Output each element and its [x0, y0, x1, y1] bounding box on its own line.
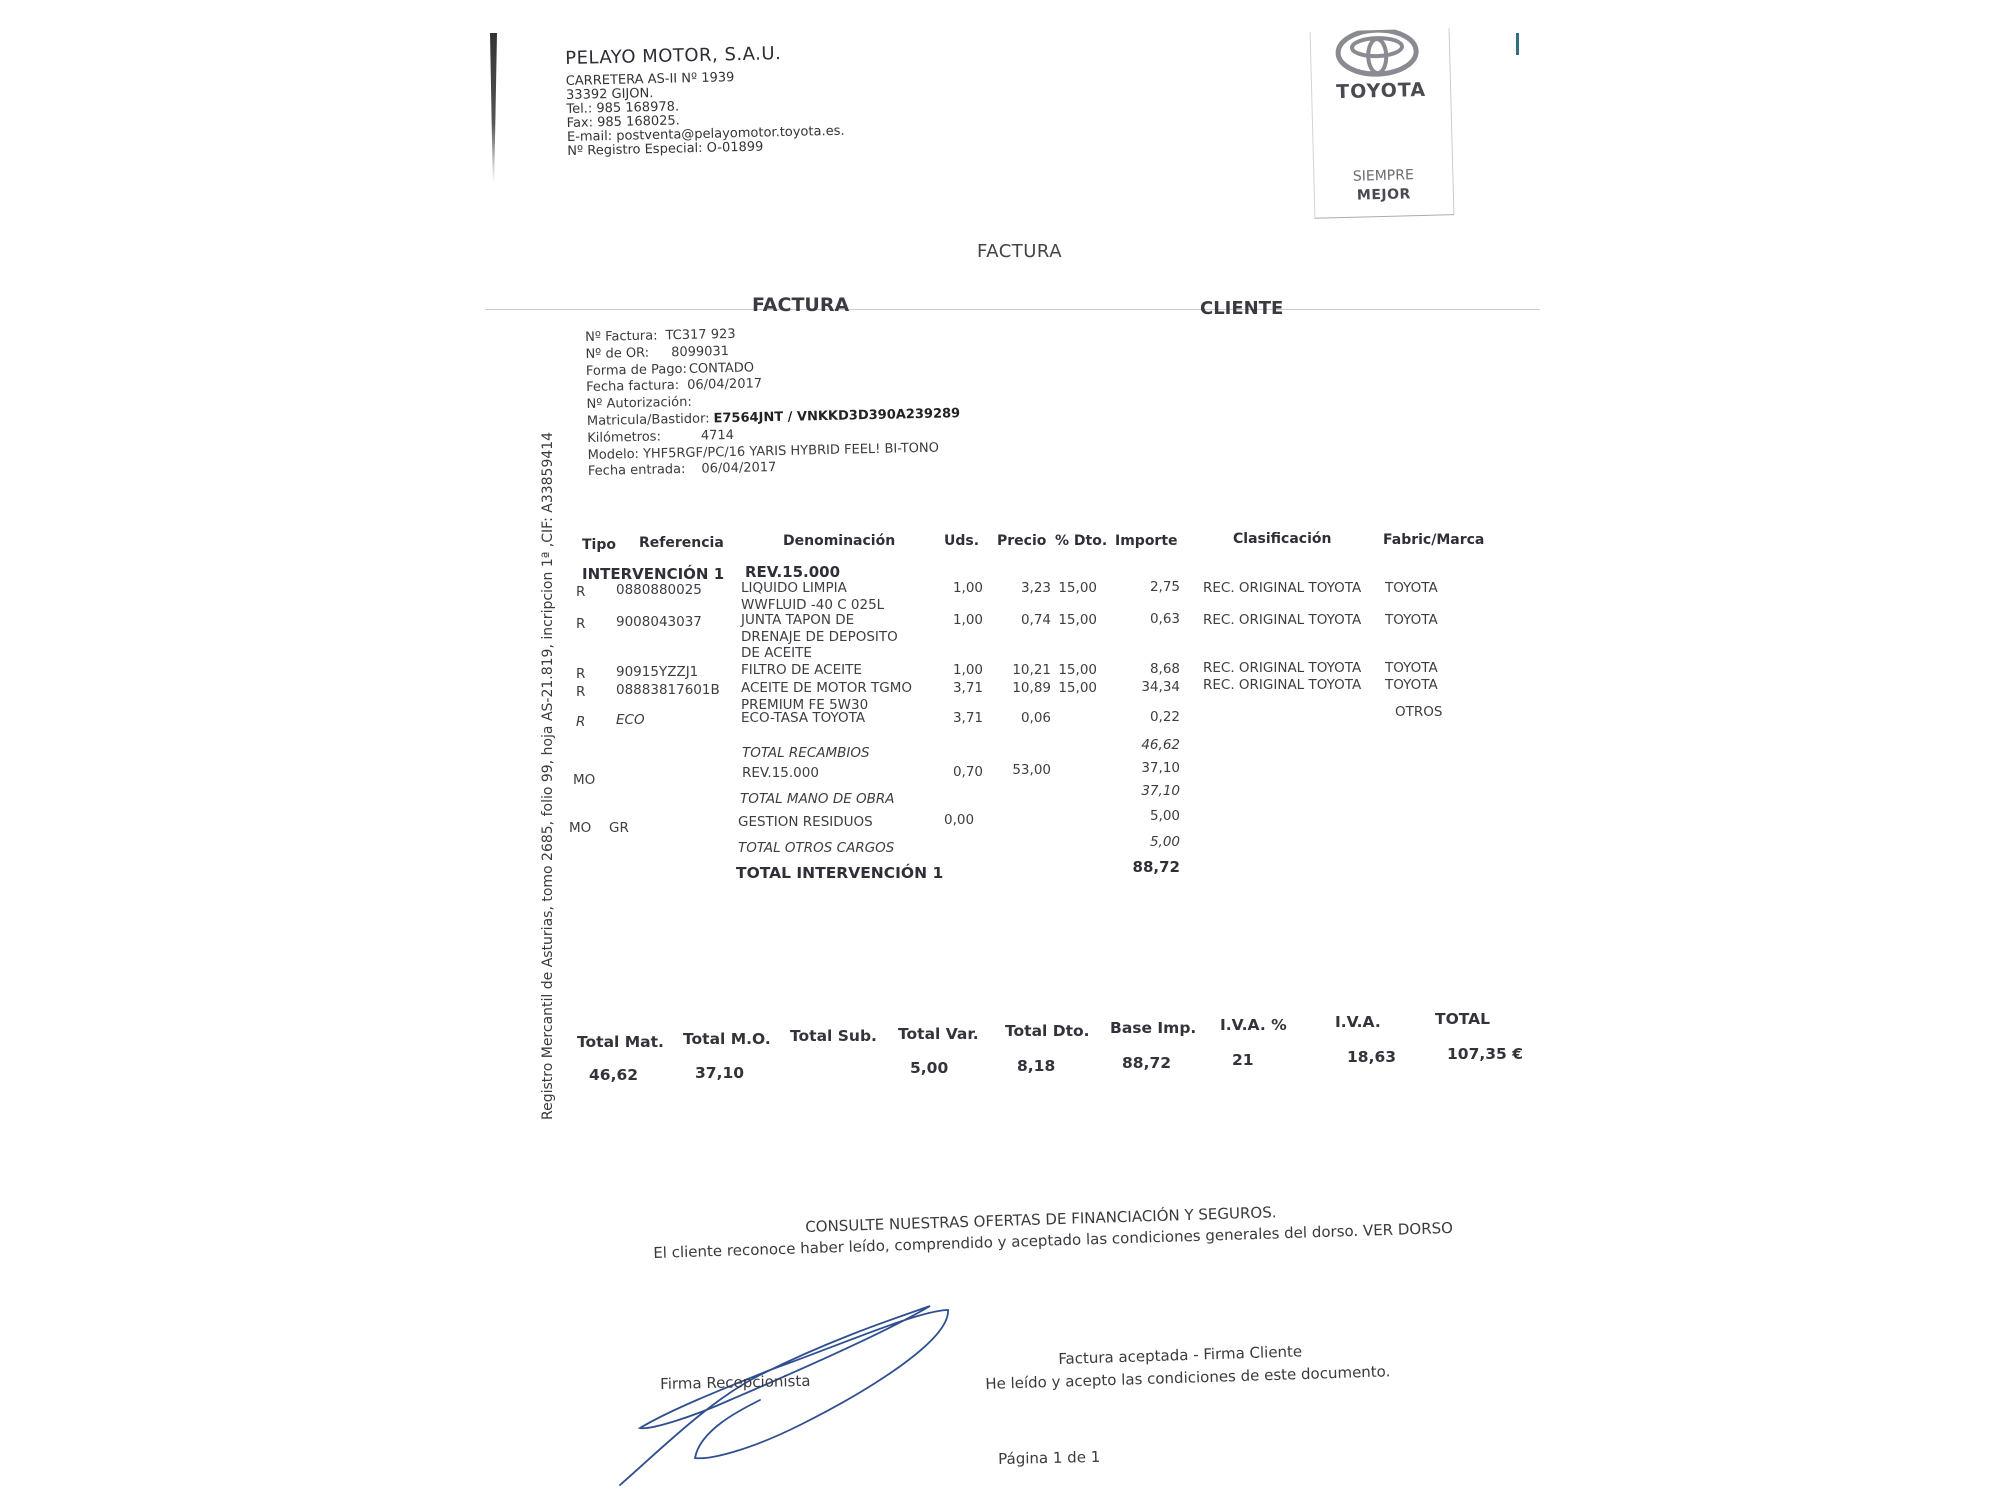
col-header-marca: Fabric/Marca — [1383, 532, 1484, 548]
row-denominacion: WWFLUID -40 C 025L — [741, 597, 884, 613]
row-fabric-marca: OTROS — [1395, 704, 1442, 720]
row-precio: 0,74 — [995, 612, 1051, 628]
section-cliente-heading: CLIENTE — [1200, 298, 1283, 319]
row-referencia: ECO — [616, 712, 645, 728]
row-tipo: R — [576, 684, 585, 700]
scan-edge-mark — [490, 33, 497, 183]
registry-text: Registro Mercantil de Asturias, tomo 268… — [540, 432, 556, 1120]
subtotal-mano-obra-label: TOTAL MANO DE OBRA — [740, 791, 895, 807]
totals-value: 5,00 — [910, 1059, 948, 1077]
row-precio: 0,06 — [995, 710, 1051, 726]
section-factura-heading: FACTURA — [752, 294, 849, 316]
row-tipo: R — [576, 584, 585, 600]
totals-label: Total Sub. — [790, 1027, 877, 1045]
row-denominacion: LIQUIDO LIMPIA — [741, 580, 847, 596]
col-header-precio: Precio — [997, 533, 1046, 549]
other-uds: 0,00 — [944, 812, 974, 828]
totals-label: I.V.A. % — [1220, 1016, 1287, 1034]
row-clasificacion: REC. ORIGINAL TOYOTA — [1203, 580, 1361, 596]
totals-label: Total Mat. — [577, 1033, 664, 1051]
totals-value: 107,35 € — [1447, 1045, 1523, 1063]
totals-value: 37,10 — [695, 1064, 744, 1082]
other-tipo: MO — [569, 820, 591, 836]
row-precio: 10,21 — [995, 662, 1051, 678]
col-header-denominacion: Denominación — [783, 533, 895, 549]
labor-precio: 53,00 — [995, 762, 1051, 778]
totals-label: Total Var. — [898, 1025, 979, 1043]
row-fabric-marca: TOYOTA — [1385, 612, 1438, 628]
invoice-meta: Nº Factura:TC317 923 Nº de OR:8099031 Fo… — [585, 322, 961, 481]
row-referencia: 9008043037 — [616, 614, 702, 630]
total-intervencion-value: 88,72 — [1120, 858, 1180, 876]
section-divider — [485, 309, 1540, 310]
row-clasificacion: REC. ORIGINAL TOYOTA — [1203, 677, 1361, 693]
row-referencia: 90915YZZJ1 — [616, 664, 698, 680]
subtotal-otros-value: 5,00 — [1120, 834, 1180, 850]
page-number: Página 1 de 1 — [998, 1448, 1100, 1468]
firma-recepcionista-label: Firma Recepcionista — [660, 1372, 811, 1393]
subtotal-recambios-label: TOTAL RECAMBIOS — [742, 745, 870, 761]
col-header-clasificacion: Clasificación — [1233, 531, 1331, 547]
row-uds: 3,71 — [935, 680, 983, 696]
slogan-line-2: MEJOR — [1315, 185, 1453, 205]
col-header-referencia: Referencia — [639, 535, 724, 551]
row-referencia: 08883817601B — [616, 682, 720, 698]
company-header: PELAYO MOTOR, S.A.U. CARRETERA AS-II Nº … — [565, 42, 845, 159]
row-importe: 8,68 — [1120, 661, 1180, 677]
row-uds: 3,71 — [935, 710, 983, 726]
row-importe: 0,22 — [1120, 709, 1180, 725]
row-dto: 15,00 — [1045, 612, 1097, 628]
col-header-uds: Uds. — [944, 533, 979, 549]
row-precio: 3,23 — [995, 580, 1051, 596]
labor-denominacion: REV.15.000 — [742, 765, 819, 781]
other-importe: 5,00 — [1120, 808, 1180, 824]
subtotal-recambios-value: 46,62 — [1120, 737, 1180, 753]
col-header-tipo: Tipo — [582, 537, 616, 553]
row-tipo: R — [576, 714, 585, 730]
row-denominacion: ACEITE DE MOTOR TGMO — [741, 680, 912, 696]
invoice-page: PELAYO MOTOR, S.A.U. CARRETERA AS-II Nº … — [0, 0, 2000, 1500]
row-tipo: R — [576, 616, 585, 632]
labor-tipo: MO — [573, 772, 595, 788]
row-fabric-marca: TOYOTA — [1385, 660, 1438, 676]
row-dto: 15,00 — [1045, 662, 1097, 678]
totals-value: 46,62 — [589, 1066, 638, 1084]
row-fabric-marca: TOYOTA — [1385, 677, 1438, 693]
intervention-label: INTERVENCIÓN 1 — [582, 565, 724, 583]
row-importe: 0,63 — [1120, 611, 1180, 627]
row-uds: 1,00 — [935, 612, 983, 628]
row-importe: 2,75 — [1120, 579, 1180, 595]
totals-label: I.V.A. — [1335, 1013, 1381, 1031]
toyota-logo-icon — [1335, 29, 1420, 81]
acceptance-statement: He leído y acepto las condiciones de est… — [985, 1362, 1391, 1393]
totals-value: 18,63 — [1347, 1048, 1396, 1066]
row-denominacion: FILTRO DE ACEITE — [741, 662, 862, 678]
totals-label: TOTAL — [1435, 1010, 1490, 1028]
col-header-importe: Importe — [1115, 533, 1178, 549]
toyota-badge: TOYOTA SIEMPRE MEJOR — [1310, 28, 1455, 219]
slogan-line-1: SIEMPRE — [1314, 166, 1452, 186]
row-denominacion: DRENAJE DE DEPOSITO — [741, 629, 898, 645]
row-clasificacion: REC. ORIGINAL TOYOTA — [1203, 612, 1361, 628]
row-uds: 1,00 — [935, 662, 983, 678]
subtotal-otros-label: TOTAL OTROS CARGOS — [738, 840, 894, 856]
row-denominacion: DE ACEITE — [741, 645, 812, 661]
intervention-name: REV.15.000 — [745, 563, 840, 581]
row-tipo: R — [576, 666, 585, 682]
row-dto: 15,00 — [1045, 580, 1097, 596]
row-clasificacion: REC. ORIGINAL TOYOTA — [1203, 660, 1361, 676]
total-intervencion-label: TOTAL INTERVENCIÓN 1 — [736, 864, 943, 882]
toyota-wordmark: TOYOTA — [1312, 78, 1451, 104]
totals-label: Total Dto. — [1005, 1022, 1090, 1040]
totals-label: Base Imp. — [1110, 1019, 1196, 1037]
totals-value: 8,18 — [1017, 1057, 1055, 1075]
other-denominacion: GESTION RESIDUOS — [738, 814, 873, 830]
row-importe: 34,34 — [1120, 679, 1180, 695]
row-dto: 15,00 — [1045, 680, 1097, 696]
col-header-dto: % Dto. — [1055, 533, 1107, 549]
company-name: PELAYO MOTOR, S.A.U. — [565, 42, 843, 69]
scan-edge-mark-right — [1516, 33, 1519, 55]
row-referencia: 0880880025 — [616, 582, 702, 598]
row-uds: 1,00 — [935, 580, 983, 596]
totals-value: 21 — [1232, 1051, 1254, 1069]
firma-cliente-label: Factura aceptada - Firma Cliente — [1058, 1342, 1302, 1368]
labor-importe: 37,10 — [1120, 760, 1180, 776]
totals-label: Total M.O. — [683, 1030, 771, 1048]
row-precio: 10,89 — [995, 680, 1051, 696]
totals-value: 88,72 — [1122, 1054, 1171, 1072]
row-denominacion: JUNTA TAPON DE — [741, 612, 854, 628]
row-fabric-marca: TOYOTA — [1385, 580, 1438, 596]
row-denominacion: ECO-TASA TOYOTA — [741, 710, 865, 726]
signature-scribble — [600, 1300, 980, 1490]
subtotal-mano-obra-value: 37,10 — [1120, 783, 1180, 799]
labor-uds: 0,70 — [935, 764, 983, 780]
other-referencia: GR — [609, 820, 629, 836]
document-title: FACTURA — [977, 241, 1062, 262]
